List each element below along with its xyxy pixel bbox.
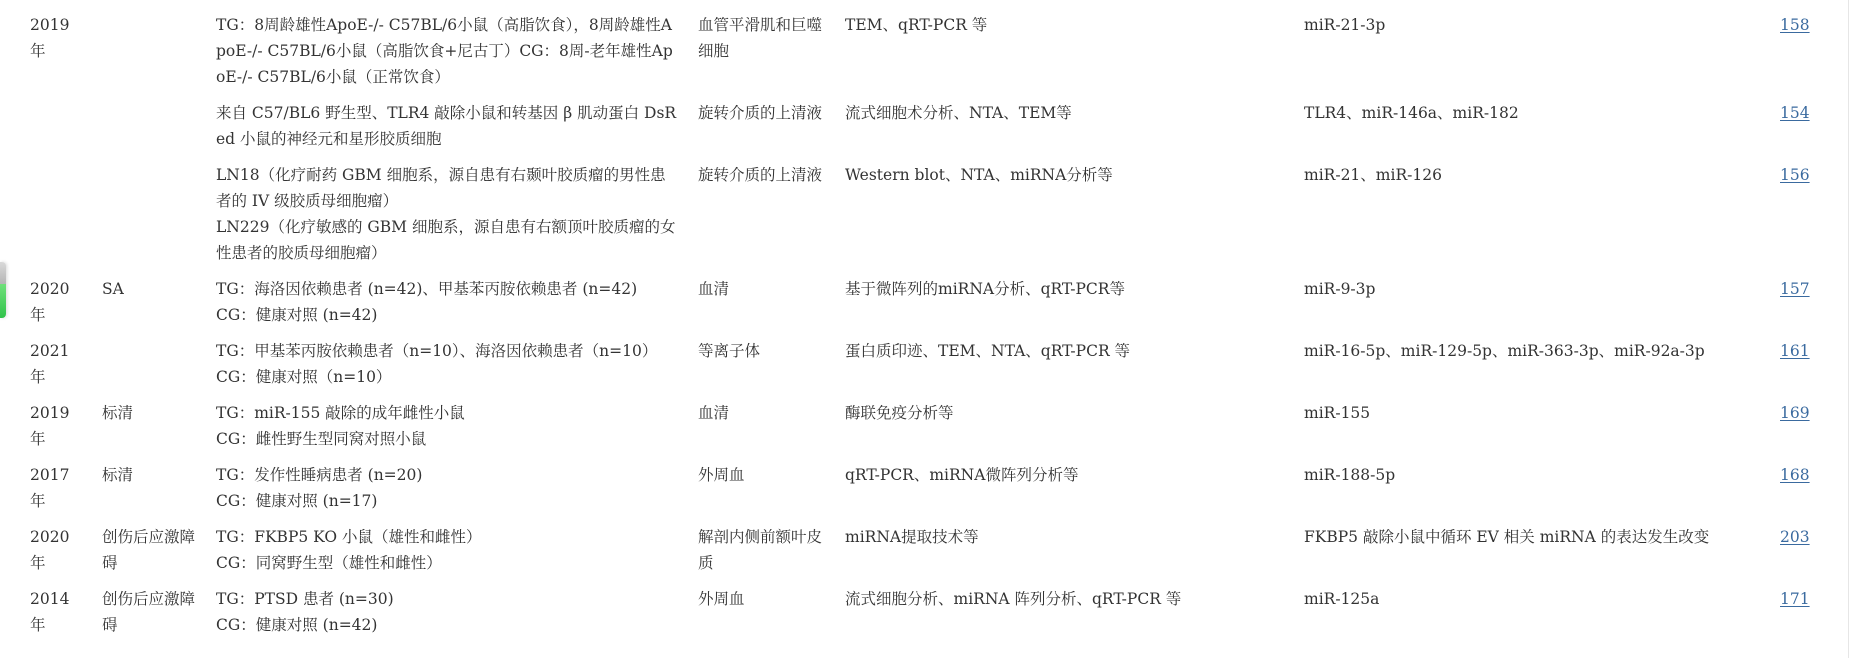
ref-cell: 161 <box>1762 332 1820 394</box>
side-widget-bottom <box>0 284 6 318</box>
ref-cell: 168 <box>1762 456 1820 518</box>
subjects-cell: TG：发作性睡病患者 (n=20) CG：健康对照 (n=17) <box>206 456 688 518</box>
year-cell: 2014年 <box>20 580 92 642</box>
subjects-line: CG：雌性野生型同窝对照小鼠 <box>216 426 678 452</box>
subjects-line: LN229（化疗敏感的 GBM 细胞系，源自患有右额顶叶胶质瘤的女性患者的胶质母… <box>216 214 678 266</box>
reference-link[interactable]: 169 <box>1772 400 1810 426</box>
mirna-cell: miR-16-5p、miR-129-5p、miR-363-3p、miR-92a-… <box>1294 332 1762 394</box>
subjects-line: TG：miR-155 敲除的成年雌性小鼠 <box>216 400 678 426</box>
subjects-cell: TG：海洛因依赖患者 (n=42)、甲基苯丙胺依赖患者 (n=42) CG：健康… <box>206 270 688 332</box>
subjects-line: TG：甲基苯丙胺依赖患者（n=10）、海洛因依赖患者（n=10） <box>216 338 678 364</box>
table-row: 2017年 标清 TG：发作性睡病患者 (n=20) CG：健康对照 (n=17… <box>20 456 1820 518</box>
reference-link[interactable]: 157 <box>1772 276 1810 302</box>
year-cell <box>20 94 92 156</box>
subjects-line: TG：发作性睡病患者 (n=20) <box>216 462 678 488</box>
subjects-cell: TG：miR-155 敲除的成年雌性小鼠 CG：雌性野生型同窝对照小鼠 <box>206 394 688 456</box>
category-cell <box>92 332 206 394</box>
category-cell: SA <box>92 270 206 332</box>
subjects-line: TG：FKBP5 KO 小鼠（雄性和雌性） <box>216 524 678 550</box>
source-cell: 旋转介质的上清液 <box>688 94 835 156</box>
reference-link[interactable]: 158 <box>1772 12 1810 38</box>
methods-cell: TEM、qRT-PCR 等 <box>835 6 1294 94</box>
reference-link[interactable]: 168 <box>1772 462 1810 488</box>
source-cell: 血清 <box>688 394 835 456</box>
source-cell: 旋转介质的上清液 <box>688 156 835 270</box>
reference-link[interactable]: 161 <box>1772 338 1810 364</box>
subjects-cell: TG：8周龄雄性ApoE-/- C57BL/6小鼠（高脂饮食），8周龄雄性Apo… <box>206 6 688 94</box>
source-cell: 外周血 <box>688 580 835 642</box>
subjects-line: 来自 C57/BL6 野生型、TLR4 敲除小鼠和转基因 β 肌动蛋白 DsRe… <box>216 100 678 152</box>
table-row: 2014年 创伤后应激障碍 TG：PTSD 患者 (n=30) CG：健康对照 … <box>20 580 1820 642</box>
year-cell: 2020年 <box>20 270 92 332</box>
methods-cell: 蛋白质印迹、TEM、NTA、qRT-PCR 等 <box>835 332 1294 394</box>
subjects-cell: TG：FKBP5 KO 小鼠（雄性和雌性） CG：同窝野生型（雄性和雌性） <box>206 518 688 580</box>
category-cell: 标清 <box>92 394 206 456</box>
year-cell: 2019年 <box>20 394 92 456</box>
category-cell <box>92 94 206 156</box>
table-row: 2020年 创伤后应激障碍 TG：FKBP5 KO 小鼠（雄性和雌性） CG：同… <box>20 518 1820 580</box>
table-row: 来自 C57/BL6 野生型、TLR4 敲除小鼠和转基因 β 肌动蛋白 DsRe… <box>20 94 1820 156</box>
mirna-cell: miR-9-3p <box>1294 270 1762 332</box>
table-row: 2019年 TG：8周龄雄性ApoE-/- C57BL/6小鼠（高脂饮食），8周… <box>20 6 1820 94</box>
reference-link[interactable]: 203 <box>1772 524 1810 550</box>
mirna-cell: FKBP5 敲除小鼠中循环 EV 相关 miRNA 的表达发生改变 <box>1294 518 1762 580</box>
source-cell: 血清 <box>688 270 835 332</box>
table-row: 2021年 TG：甲基苯丙胺依赖患者（n=10）、海洛因依赖患者（n=10） C… <box>20 332 1820 394</box>
reference-link[interactable]: 171 <box>1772 586 1810 612</box>
subjects-line: CG：健康对照 (n=17) <box>216 488 678 514</box>
year-cell: 2021年 <box>20 332 92 394</box>
subjects-line: LN18（化疗耐药 GBM 细胞系，源自患有右颞叶胶质瘤的男性患者的 IV 级胶… <box>216 162 678 214</box>
source-cell: 解剖内侧前额叶皮质 <box>688 518 835 580</box>
methods-cell: 基于微阵列的miRNA分析、qRT-PCR等 <box>835 270 1294 332</box>
category-cell: 创伤后应激障碍 <box>92 518 206 580</box>
subjects-cell: LN18（化疗耐药 GBM 细胞系，源自患有右颞叶胶质瘤的男性患者的 IV 级胶… <box>206 156 688 270</box>
mirna-cell: miR-21-3p <box>1294 6 1762 94</box>
ref-cell: 169 <box>1762 394 1820 456</box>
ref-cell: 171 <box>1762 580 1820 642</box>
source-cell: 血管平滑肌和巨噬细胞 <box>688 6 835 94</box>
subjects-line: CG：健康对照（n=10） <box>216 364 678 390</box>
methods-cell: 流式细胞分析、miRNA 阵列分析、qRT-PCR 等 <box>835 580 1294 642</box>
methods-cell: miRNA提取技术等 <box>835 518 1294 580</box>
year-cell: 2020年 <box>20 518 92 580</box>
mirna-cell: miR-125a <box>1294 580 1762 642</box>
source-cell: 等离子体 <box>688 332 835 394</box>
table-row: LN18（化疗耐药 GBM 细胞系，源自患有右颞叶胶质瘤的男性患者的 IV 级胶… <box>20 156 1820 270</box>
methods-cell: Western blot、NTA、miRNA分析等 <box>835 156 1294 270</box>
subjects-line: CG：健康对照 (n=42) <box>216 612 678 638</box>
subjects-line: CG：健康对照 (n=42) <box>216 302 678 328</box>
subjects-cell: 来自 C57/BL6 野生型、TLR4 敲除小鼠和转基因 β 肌动蛋白 DsRe… <box>206 94 688 156</box>
subjects-cell: TG：甲基苯丙胺依赖患者（n=10）、海洛因依赖患者（n=10） CG：健康对照… <box>206 332 688 394</box>
category-cell <box>92 6 206 94</box>
mirna-cell: TLR4、miR-146a、miR-182 <box>1294 94 1762 156</box>
year-cell: 2019年 <box>20 6 92 94</box>
subjects-line: CG：同窝野生型（雄性和雌性） <box>216 550 678 576</box>
ref-cell: 154 <box>1762 94 1820 156</box>
ref-cell: 156 <box>1762 156 1820 270</box>
subjects-line: TG：海洛因依赖患者 (n=42)、甲基苯丙胺依赖患者 (n=42) <box>216 276 678 302</box>
year-cell <box>20 156 92 270</box>
methods-cell: 流式细胞术分析、NTA、TEM等 <box>835 94 1294 156</box>
mirna-cell: miR-21、miR-126 <box>1294 156 1762 270</box>
subjects-cell: TG：PTSD 患者 (n=30) CG：健康对照 (n=42) <box>206 580 688 642</box>
reference-link[interactable]: 154 <box>1772 100 1810 126</box>
subjects-line: TG：PTSD 患者 (n=30) <box>216 586 678 612</box>
ref-cell: 158 <box>1762 6 1820 94</box>
methods-cell: qRT-PCR、miRNA微阵列分析等 <box>835 456 1294 518</box>
mirna-cell: miR-188-5p <box>1294 456 1762 518</box>
mirna-cell: miR-155 <box>1294 394 1762 456</box>
source-cell: 外周血 <box>688 456 835 518</box>
table-row: 2019年 标清 TG：miR-155 敲除的成年雌性小鼠 CG：雌性野生型同窝… <box>20 394 1820 456</box>
document-page: 2019年 TG：8周龄雄性ApoE-/- C57BL/6小鼠（高脂饮食），8周… <box>0 0 1849 658</box>
side-widget-top <box>0 262 6 284</box>
ref-cell: 157 <box>1762 270 1820 332</box>
category-cell: 创伤后应激障碍 <box>92 580 206 642</box>
floating-side-widget[interactable] <box>0 262 6 318</box>
methods-cell: 酶联免疫分析等 <box>835 394 1294 456</box>
mirna-studies-table: 2019年 TG：8周龄雄性ApoE-/- C57BL/6小鼠（高脂饮食），8周… <box>20 6 1820 642</box>
category-cell: 标清 <box>92 456 206 518</box>
ref-cell: 203 <box>1762 518 1820 580</box>
category-cell <box>92 156 206 270</box>
year-cell: 2017年 <box>20 456 92 518</box>
table-row: 2020年 SA TG：海洛因依赖患者 (n=42)、甲基苯丙胺依赖患者 (n=… <box>20 270 1820 332</box>
reference-link[interactable]: 156 <box>1772 162 1810 188</box>
subjects-line: TG：8周龄雄性ApoE-/- C57BL/6小鼠（高脂饮食），8周龄雄性Apo… <box>216 12 678 90</box>
